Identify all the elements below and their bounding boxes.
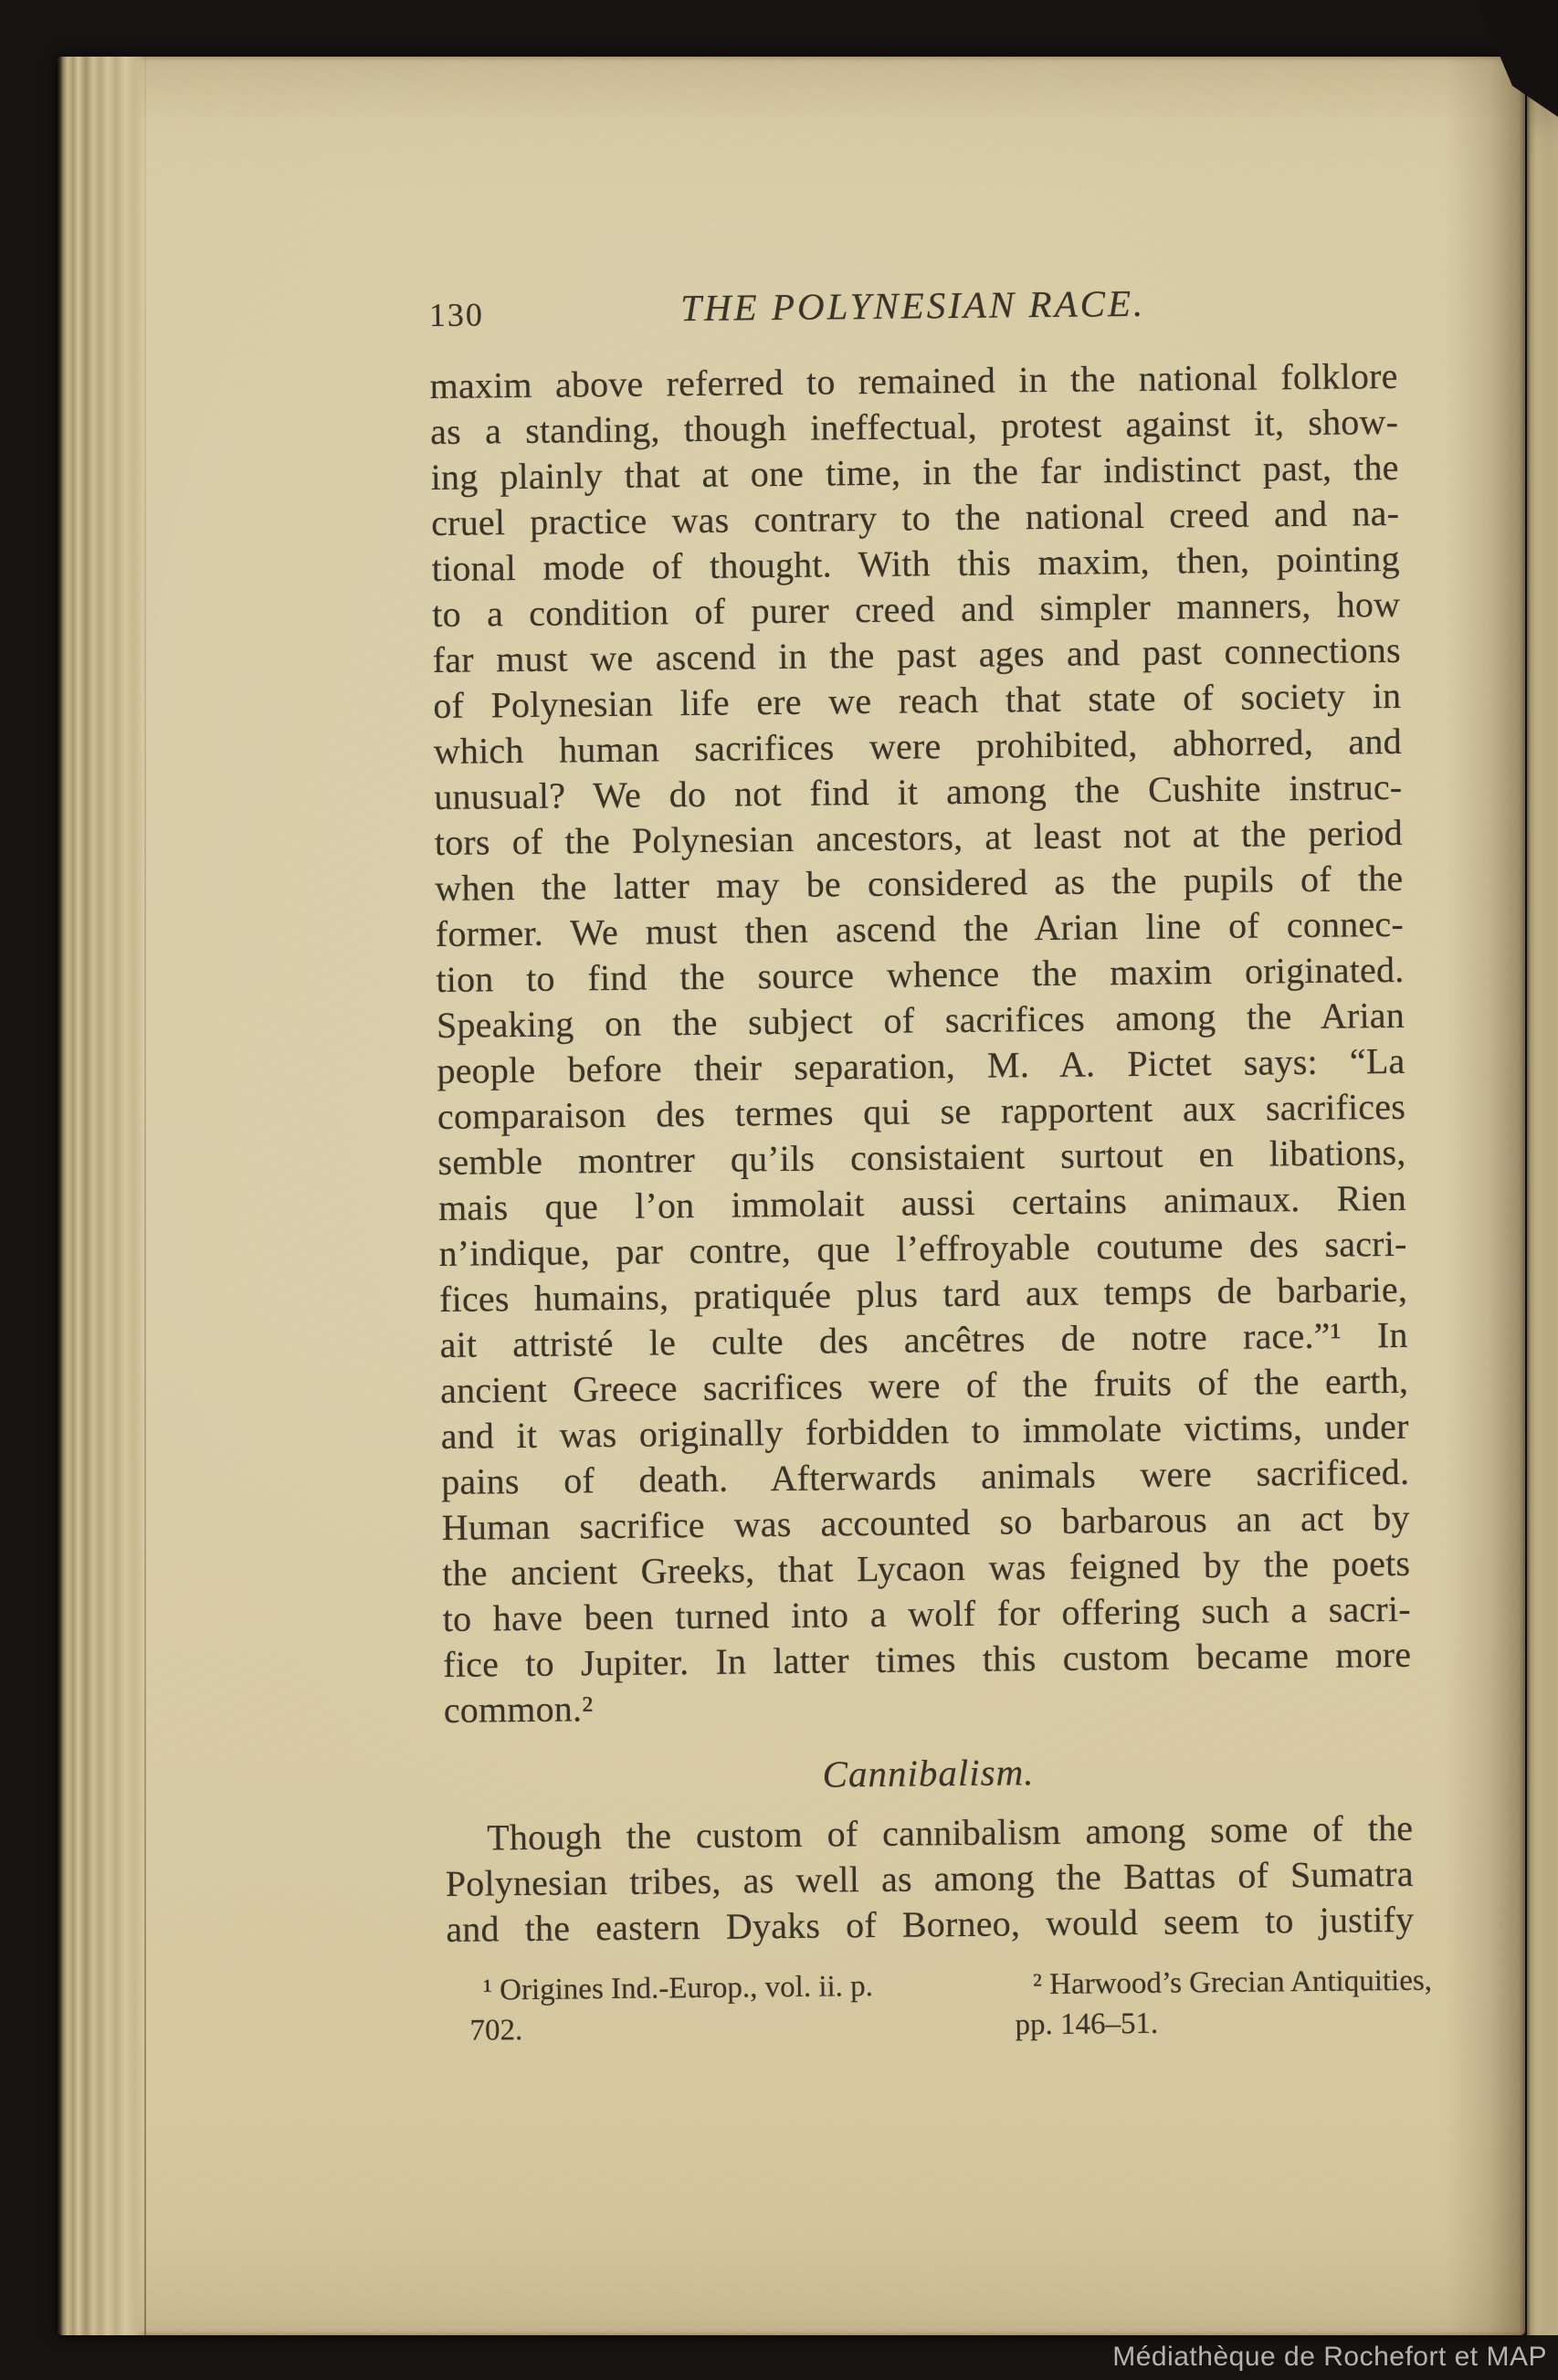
footnote-1: ¹ Origines Ind.-Europ., vol. ii. p. 702. <box>447 1965 959 2051</box>
body-paragraph-2: Though the custom of cannibalism among s… <box>445 1806 1415 1953</box>
running-title: THE POLYNESIAN RACE. <box>429 279 1397 332</box>
footnote-1-line-2: 702. <box>447 2006 958 2051</box>
book-page: 130 THE POLYNESIAN RACE. maxim above ref… <box>58 57 1525 2335</box>
text-line: and the eastern Dyaks of Borneo, would s… <box>446 1897 1414 1953</box>
page-number: 130 <box>429 295 484 334</box>
text-line: common.² <box>444 1678 1412 1733</box>
footnote-2-line-1: ² Harwood’s Grecian Antiquities, <box>1015 1960 1451 2005</box>
scanner-background: { "header": { "page_number": "130", "run… <box>0 0 1558 2380</box>
adjacent-page-edge <box>1527 80 1558 2335</box>
body-paragraph-1: maxim above referred to remained in the … <box>429 353 1412 1733</box>
page-content: 130 THE POLYNESIAN RACE. maxim above ref… <box>55 45 1546 2339</box>
footnotes: ¹ Origines Ind.-Europ., vol. ii. p. 702.… <box>447 1960 1452 2051</box>
watermark: Médiathèque de Rochefort et MAP <box>1112 2342 1547 2373</box>
footnote-2: ² Harwood’s Grecian Antiquities, pp. 146… <box>1015 1960 1452 2045</box>
footnote-1-line-1: ¹ Origines Ind.-Europ., vol. ii. p. <box>447 1965 958 2011</box>
footnote-2-line-2: pp. 146–51. <box>1015 2000 1451 2045</box>
page-header: 130 THE POLYNESIAN RACE. <box>429 279 1398 340</box>
section-heading: Cannibalism. <box>444 1746 1412 1800</box>
